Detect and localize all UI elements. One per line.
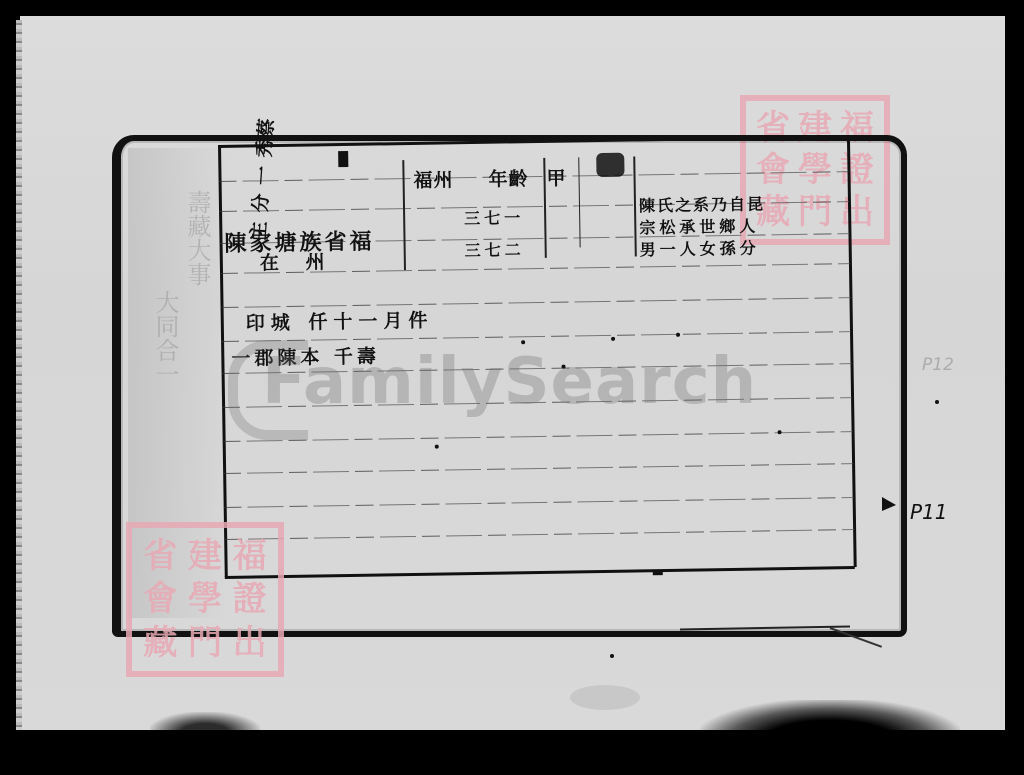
bleed-through-text: 大同合一 — [148, 290, 183, 386]
ink-blot — [596, 153, 624, 177]
ruled-line — [223, 463, 853, 474]
ink-speck — [676, 333, 680, 337]
seal-char: 藏 — [140, 623, 181, 663]
page-edge — [16, 20, 22, 730]
ruled-line — [224, 529, 854, 540]
ruled-line — [221, 297, 851, 308]
page-number-bleed: P12 — [922, 355, 954, 375]
ruled-line — [219, 171, 849, 182]
age-value: 三七一 — [464, 210, 524, 227]
seal-char: 福 — [229, 536, 270, 576]
paper-stain — [570, 685, 640, 710]
page-tab-marker — [882, 497, 896, 511]
ink-speck — [935, 400, 939, 404]
column-divider — [578, 157, 580, 247]
age-value: 三七二 — [465, 242, 525, 259]
column-divider — [402, 160, 406, 270]
seal-char: 出 — [229, 623, 270, 663]
seal-char: 證 — [229, 580, 270, 620]
scan-shadow — [700, 700, 960, 740]
ink-speck — [610, 654, 614, 658]
familysearch-watermark: FamilySearch — [262, 345, 757, 419]
handwritten-line: 印城 仟十一月件 — [246, 312, 434, 334]
ink-speck — [435, 445, 439, 449]
ink-mark — [338, 151, 348, 167]
handwritten-line: 宗松承世鄉人 — [639, 219, 759, 237]
seal-char: 學 — [185, 580, 226, 620]
bleed-through-text: 壽藏大事 — [180, 190, 215, 286]
ruled-line — [223, 431, 853, 442]
seal-char: 門 — [185, 623, 226, 663]
column-divider — [633, 156, 637, 256]
ruled-line — [224, 497, 854, 508]
ink-speck — [778, 430, 782, 434]
header-label: 年齡 — [488, 170, 528, 190]
header-label: 福州 — [413, 171, 453, 191]
ink-speck — [521, 340, 525, 344]
handwritten-line: 在 州 — [260, 253, 335, 273]
handwritten-line: 陳氏之系乃自昆 — [639, 196, 765, 214]
ink-mark — [653, 570, 663, 575]
scan-shadow — [150, 712, 260, 732]
handwritten-line: 男一人女孫分 — [640, 241, 760, 259]
seal-char: 省 — [140, 536, 181, 576]
ink-speck — [611, 337, 615, 341]
seal-char: 會 — [140, 580, 181, 620]
page-number: P11 — [910, 500, 948, 524]
red-seal-bottom-left: 省 建 福 會 學 證 藏 門 出 — [126, 522, 284, 677]
seal-char: 建 — [185, 536, 226, 576]
header-label: 甲 — [546, 170, 566, 189]
